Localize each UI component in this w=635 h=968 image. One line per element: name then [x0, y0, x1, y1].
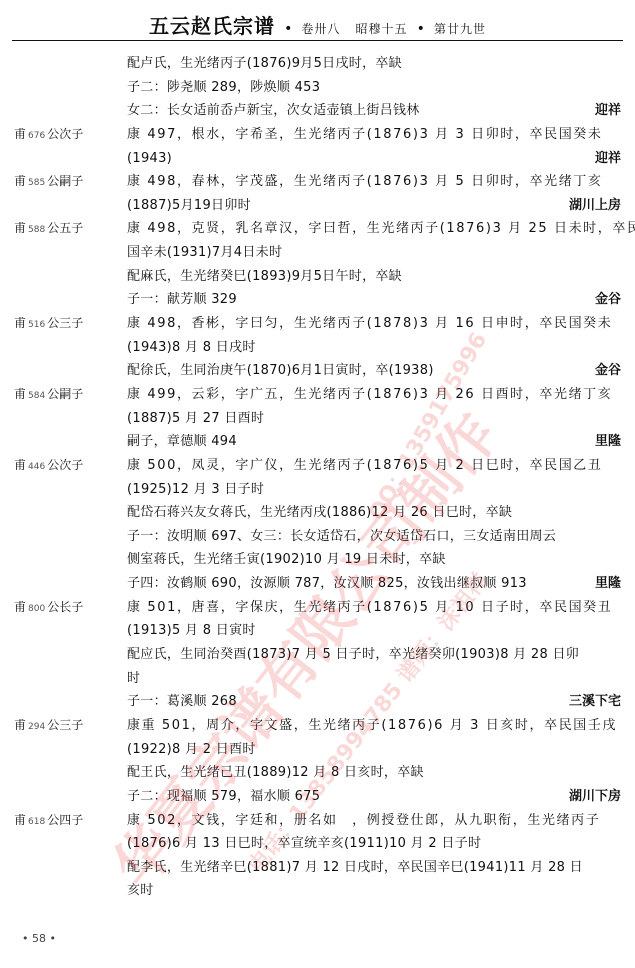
- entry-text: 配卢氏，生光绪丙子(1876)9月5日戌时，卒缺: [127, 52, 402, 76]
- entry-text: 康 497，根水，字希圣，生光绪丙子(1876)3 月 3 日卯时，卒民国癸未: [127, 123, 603, 147]
- lineage-prefix: 甫: [14, 458, 26, 472]
- lineage-label: 甫800公长子: [14, 596, 83, 622]
- lineage-relation: 公三子: [47, 316, 83, 330]
- lineage-number: 588: [28, 225, 45, 235]
- entry-line: (1876)6 月 13 日巳时，卒宣统辛亥(1911)10 月 2 日子时: [0, 832, 635, 856]
- entry-text: 配岱石蒋兴友女蒋氏，生光绪丙戌(1886)12 月 26 日巳时，卒缺: [127, 501, 512, 525]
- entry-line: (1943)迎祥: [0, 147, 635, 171]
- lineage-relation: 公四子: [47, 813, 83, 827]
- lineage-number: 584: [28, 391, 45, 401]
- lineage-number: 800: [28, 604, 45, 614]
- header-separator-2: •: [417, 21, 425, 37]
- header-separator: •: [284, 21, 292, 37]
- lineage-prefix: 甫: [14, 174, 26, 188]
- entry-line: (1943)8 月 8 日戌时: [0, 336, 635, 360]
- lineage-number: 446: [28, 462, 45, 472]
- entry-line: 女二：长女适前岙卢新宝，次女适壶镇上街吕钱林迎祥: [0, 99, 635, 123]
- entry-text: 康 498，香彬，字曰匀，生光绪丙子(1878)3 月 16 日申时，卒民国癸未: [127, 312, 612, 336]
- lineage-relation: 公次子: [47, 127, 83, 141]
- entry-text: 国辛未(1931)7月4日未时: [127, 241, 282, 265]
- lineage-label: 甫446公次子: [14, 454, 83, 480]
- lineage-prefix: 甫: [14, 813, 26, 827]
- residence-place: 金谷: [595, 288, 621, 312]
- lineage-number: 585: [28, 178, 45, 188]
- lineage-label: 甫618公四子: [14, 809, 83, 835]
- lineage-number: 618: [28, 817, 45, 827]
- page-header: 五云赵氏宗谱 • 卷卅八 昭穆十五 • 第廿九世: [0, 10, 635, 40]
- entry-text: (1913)5 月 8 日寅时: [127, 619, 256, 643]
- lineage-relation: 公五子: [47, 221, 83, 235]
- lineage-label: 甫516公三子: [14, 312, 83, 338]
- entry-head-line: 甫294公三子康重 501，周介，字文盛，生光绪丙子(1876)6 月 3 日亥…: [0, 714, 635, 738]
- entry-head-line: 甫618公四子康 502，文钱，字廷和，册名如 ，例授登仕郎，从九职衔，生光绪丙…: [0, 809, 635, 833]
- lineage-prefix: 甫: [14, 387, 26, 401]
- entry-text: 亥时: [127, 879, 154, 903]
- entry-line: 配麻氏，生光绪癸巳(1893)9月5日午时，卒缺: [0, 265, 635, 289]
- entry-text: 子四：汝鹤顺 690，汝源顺 787，汝汉顺 825，汝钱出继叔顺 913: [127, 572, 527, 596]
- entry-line: 嗣子，章德顺 494里隆: [0, 430, 635, 454]
- lineage-label: 甫585公嗣子: [14, 170, 83, 196]
- entry-text: 康 498，春林，字茂盛，生光绪丙子(1876)3 月 5 日卯时，卒光绪丁亥: [127, 170, 603, 194]
- entry-line: 子四：汝鹤顺 690，汝源顺 787，汝汉顺 825，汝钱出继叔顺 913里隆: [0, 572, 635, 596]
- lineage-prefix: 甫: [14, 316, 26, 330]
- residence-place: 金谷: [595, 359, 621, 383]
- lineage-label: 甫294公三子: [14, 714, 83, 740]
- entry-line: 子二：现福顺 579，福水顺 675湖川下房: [0, 785, 635, 809]
- entry-text: 康 498，克贤，乳名章汉，字曰哲，生光绪丙子(1876)3 月 25 日未时，…: [127, 217, 635, 241]
- residence-place: 里隆: [595, 572, 621, 596]
- book-title: 五云赵氏宗谱: [149, 14, 275, 38]
- entry-line: 子一：献芳顺 329金谷: [0, 288, 635, 312]
- entry-text: 配麻氏，生光绪癸巳(1893)9月5日午时，卒缺: [127, 265, 402, 289]
- entry-head-line: 甫800公长子康 501，唐喜，字保庆，生光绪丙子(1876)5 月 10 日子…: [0, 596, 635, 620]
- lineage-number: 516: [28, 320, 45, 330]
- entry-text: 康 500，凤灵，字广仪，生光绪丙子(1876)5 月 2 日巳时，卒民国乙丑: [127, 454, 603, 478]
- entry-text: 子二：陟尧顺 289，陟焕顺 453: [127, 76, 320, 100]
- entry-text: 康 499，云彩，字广五，生光绪丙子(1876)3 月 26 日酉时，卒光绪丁亥: [127, 383, 612, 407]
- entry-line: (1887)5月19日卯时湖川上房: [0, 194, 635, 218]
- lineage-prefix: 甫: [14, 600, 26, 614]
- header-divider: [12, 40, 623, 41]
- lineage-relation: 公长子: [47, 600, 83, 614]
- entry-head-line: 甫588公五子康 498，克贤，乳名章汉，字曰哲，生光绪丙子(1876)3 月 …: [0, 217, 635, 241]
- entry-line: 配岱石蒋兴友女蒋氏，生光绪丙戌(1886)12 月 26 日巳时，卒缺: [0, 501, 635, 525]
- page-number: • 58 •: [22, 932, 56, 945]
- entry-text: 子一：汝明顺 697、女三：长女适岱石，次女适岱石口，三女适南田周云: [127, 525, 556, 549]
- entry-line: 配李氏，生光绪辛巳(1881)7 月 12 日戌时，卒民国辛巳(1941)11 …: [0, 856, 635, 880]
- entry-line: 亥时: [0, 879, 635, 903]
- entry-text: 配李氏，生光绪辛巳(1881)7 月 12 日戌时，卒民国辛巳(1941)11 …: [127, 856, 583, 880]
- entry-text: 康 502，文钱，字廷和，册名如 ，例授登仕郎，从九职衔，生光绪丙子: [127, 809, 600, 833]
- entry-text: (1876)6 月 13 日巳时，卒宣统辛亥(1911)10 月 2 日子时: [127, 832, 481, 856]
- lineage-prefix: 甫: [14, 718, 26, 732]
- lineage-relation: 公嗣子: [47, 387, 83, 401]
- entry-text: 时: [127, 667, 140, 691]
- entry-line: 子一：汝明顺 697、女三：长女适岱石，次女适岱石口，三女适南田周云: [0, 525, 635, 549]
- lineage-number: 676: [28, 131, 45, 141]
- entry-line: 子二：陟尧顺 289，陟焕顺 453: [0, 76, 635, 100]
- lineage-relation: 公次子: [47, 458, 83, 472]
- entry-text: 子二：现福顺 579，福水顺 675: [127, 785, 320, 809]
- entry-text: 嗣子，章德顺 494: [127, 430, 237, 454]
- lineage-label: 甫584公嗣子: [14, 383, 83, 409]
- entry-line: 配徐氏，生同治庚午(1870)6月1日寅时，卒(1938)金谷: [0, 359, 635, 383]
- entry-text: 配徐氏，生同治庚午(1870)6月1日寅时，卒(1938): [127, 359, 434, 383]
- entry-line: 配卢氏，生光绪丙子(1876)9月5日戌时，卒缺: [0, 52, 635, 76]
- lineage-relation: 公三子: [47, 718, 83, 732]
- entry-head-line: 甫446公次子康 500，凤灵，字广仪，生光绪丙子(1876)5 月 2 日巳时…: [0, 454, 635, 478]
- residence-place: 迎祥: [595, 147, 621, 171]
- entry-line: 时: [0, 667, 635, 691]
- entry-line: (1922)8 月 2 日酉时: [0, 738, 635, 762]
- entry-head-line: 甫516公三子康 498，香彬，字曰匀，生光绪丙子(1878)3 月 16 日申…: [0, 312, 635, 336]
- entry-text: (1925)12 月 3 日子时: [127, 478, 264, 502]
- entry-text: 女二：长女适前岙卢新宝，次女适壶镇上街吕钱林: [127, 99, 420, 123]
- residence-place: 迎祥: [595, 99, 621, 123]
- entry-text: 侧室蒋氏，生光绪壬寅(1902)10 月 19 日未时，卒缺: [127, 548, 446, 572]
- entry-line: 子一：葛溪顺 268三溪下宅: [0, 690, 635, 714]
- entry-text: 配王氏，生光绪己丑(1889)12 月 8 日亥时，卒缺: [127, 761, 424, 785]
- lineage-label: 甫588公五子: [14, 217, 83, 243]
- entry-line: 国辛未(1931)7月4日未时: [0, 241, 635, 265]
- entry-line: 配应氏，生同治癸酉(1873)7 月 5 日子时，卒光绪癸卯(1903)8 月 …: [0, 643, 635, 667]
- residence-place: 湖川上房: [569, 194, 621, 218]
- volume-label: 卷卅八: [301, 22, 340, 36]
- entry-line: 配王氏，生光绪己丑(1889)12 月 8 日亥时，卒缺: [0, 761, 635, 785]
- entry-head-line: 甫676公次子康 497，根水，字希圣，生光绪丙子(1876)3 月 3 日卯时…: [0, 123, 635, 147]
- residence-place: 里隆: [595, 430, 621, 454]
- generation-label: 第廿九世: [434, 22, 486, 36]
- entry-text: (1943)8 月 8 日戌时: [127, 336, 256, 360]
- entry-text: (1922)8 月 2 日酉时: [127, 738, 256, 762]
- entry-text: 康 501，唐喜，字保庆，生光绪丙子(1876)5 月 10 日子时，卒民国癸丑: [127, 596, 612, 620]
- lineage-relation: 公嗣子: [47, 174, 83, 188]
- entry-text: 康重 501，周介，字文盛，生光绪丙子(1876)6 月 3 日亥时，卒民国壬戌: [127, 714, 617, 738]
- entry-line: (1925)12 月 3 日子时: [0, 478, 635, 502]
- entry-head-line: 甫584公嗣子康 499，云彩，字广五，生光绪丙子(1876)3 月 26 日酉…: [0, 383, 635, 407]
- lineage-label: 甫676公次子: [14, 123, 83, 149]
- entry-text: 子一：葛溪顺 268: [127, 690, 237, 714]
- branch-label: 昭穆十五: [356, 22, 408, 36]
- entry-line: 侧室蒋氏，生光绪壬寅(1902)10 月 19 日未时，卒缺: [0, 548, 635, 572]
- entry-text: (1887)5月19日卯时: [127, 194, 251, 218]
- entry-head-line: 甫585公嗣子康 498，春林，字茂盛，生光绪丙子(1876)3 月 5 日卯时…: [0, 170, 635, 194]
- entry-line: (1887)5 月 27 日酉时: [0, 407, 635, 431]
- entry-line: (1913)5 月 8 日寅时: [0, 619, 635, 643]
- residence-place: 三溪下宅: [569, 690, 621, 714]
- lineage-prefix: 甫: [14, 127, 26, 141]
- entry-text: (1887)5 月 27 日酉时: [127, 407, 264, 431]
- genealogy-entries: 配卢氏，生光绪丙子(1876)9月5日戌时，卒缺子二：陟尧顺 289，陟焕顺 4…: [0, 52, 635, 903]
- entry-text: (1943): [127, 147, 172, 171]
- entry-text: 配应氏，生同治癸酉(1873)7 月 5 日子时，卒光绪癸卯(1903)8 月 …: [127, 643, 579, 667]
- lineage-prefix: 甫: [14, 221, 26, 235]
- residence-place: 湖川下房: [569, 785, 621, 809]
- lineage-number: 294: [28, 722, 45, 732]
- entry-text: 子一：献芳顺 329: [127, 288, 237, 312]
